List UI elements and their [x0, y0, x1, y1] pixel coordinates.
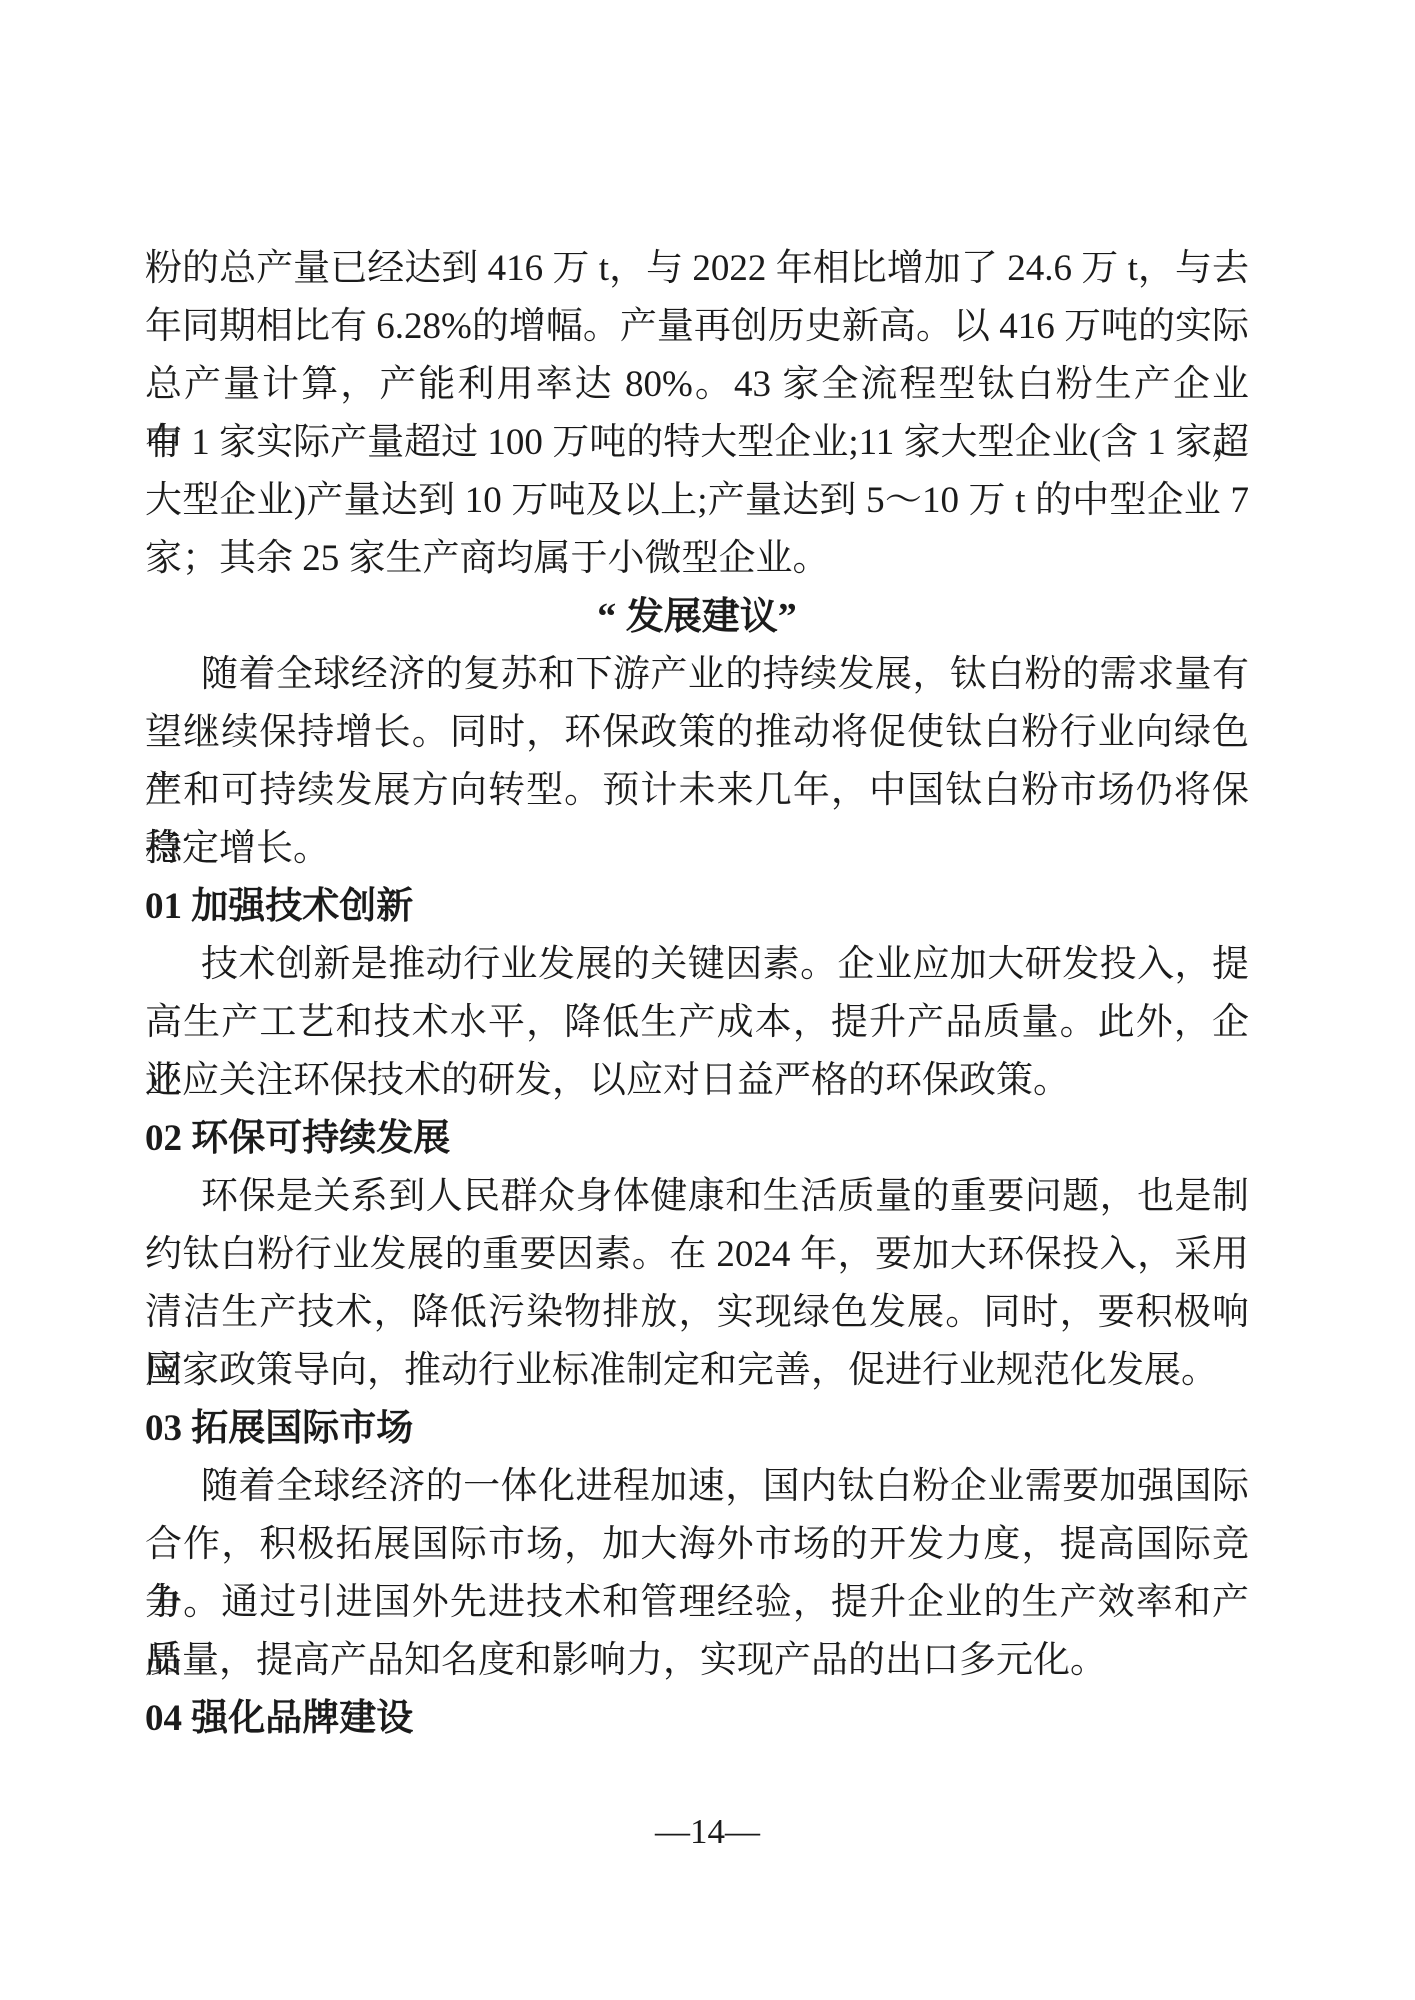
text-line: 总产量计算，产能利用率达 80%。43 家全流程型钛白粉生产企业中， — [145, 356, 1249, 414]
section-heading: 03 拓展国际市场 — [145, 1400, 1249, 1458]
text-line: 合作，积极拓展国际市场，加大海外市场的开发力度，提高国际竞争 — [145, 1516, 1249, 1574]
text-line: 技术创新是推动行业发展的关键因素。企业应加大研发投入，提 — [145, 936, 1249, 994]
text-line: 产和可持续发展方向转型。预计未来几年，中国钛白粉市场仍将保持 — [145, 762, 1249, 820]
page-sheet: 粉的总产量已经达到 416 万 t，与 2022 年相比增加了 24.6 万 t… — [0, 0, 1415, 2000]
text-line: 大型企业)产量达到 10 万吨及以上;产量达到 5～10 万 t 的中型企业 7 — [145, 472, 1249, 530]
section-heading: 02 环保可持续发展 — [145, 1110, 1249, 1168]
text-line: 约钛白粉行业发展的重要因素。在 2024 年，要加大环保投入，采用 — [145, 1226, 1249, 1284]
text-line: 高生产工艺和技术水平，降低生产成本，提升产品质量。此外，企业 — [145, 994, 1249, 1052]
document-body: 粉的总产量已经达到 416 万 t，与 2022 年相比增加了 24.6 万 t… — [145, 240, 1249, 1748]
chapter-heading: “ 发展建议” — [145, 588, 1249, 646]
text-line: 随着全球经济的一体化进程加速，国内钛白粉企业需要加强国际 — [145, 1458, 1249, 1516]
text-line: 家；其余 25 家生产商均属于小微型企业。 — [145, 530, 1249, 588]
text-line: 粉的总产量已经达到 416 万 t，与 2022 年相比增加了 24.6 万 t… — [145, 240, 1249, 298]
page-footer: —14— — [0, 1812, 1415, 1852]
text-line: 年同期相比有 6.28%的增幅。产量再创历史新高。以 416 万吨的实际 — [145, 298, 1249, 356]
text-line: 力。通过引进国外先进技术和管理经验，提升企业的生产效率和产品 — [145, 1574, 1249, 1632]
text-line: 国家政策导向，推动行业标准制定和完善，促进行业规范化发展。 — [145, 1342, 1249, 1400]
document-page: { "page": { "background": "#ffffff", "te… — [0, 0, 1415, 2000]
text-line: 清洁生产技术，降低污染物排放，实现绿色发展。同时，要积极响应 — [145, 1284, 1249, 1342]
section-heading: 01 加强技术创新 — [145, 878, 1249, 936]
section-heading: 04 强化品牌建设 — [145, 1690, 1249, 1748]
text-line: 还应关注环保技术的研发，以应对日益严格的环保政策。 — [145, 1052, 1249, 1110]
text-line: 质量，提高产品知名度和影响力，实现产品的出口多元化。 — [145, 1632, 1249, 1690]
text-line: 稳定增长。 — [145, 820, 1249, 878]
page-number: —14— — [655, 1812, 760, 1851]
text-line: 环保是关系到人民群众身体健康和生活质量的重要问题，也是制 — [145, 1168, 1249, 1226]
text-line: 望继续保持增长。同时，环保政策的推动将促使钛白粉行业向绿色生 — [145, 704, 1249, 762]
text-line: 随着全球经济的复苏和下游产业的持续发展，钛白粉的需求量有 — [145, 646, 1249, 704]
text-line: 有 1 家实际产量超过 100 万吨的特大型企业;11 家大型企业(含 1 家超 — [145, 414, 1249, 472]
